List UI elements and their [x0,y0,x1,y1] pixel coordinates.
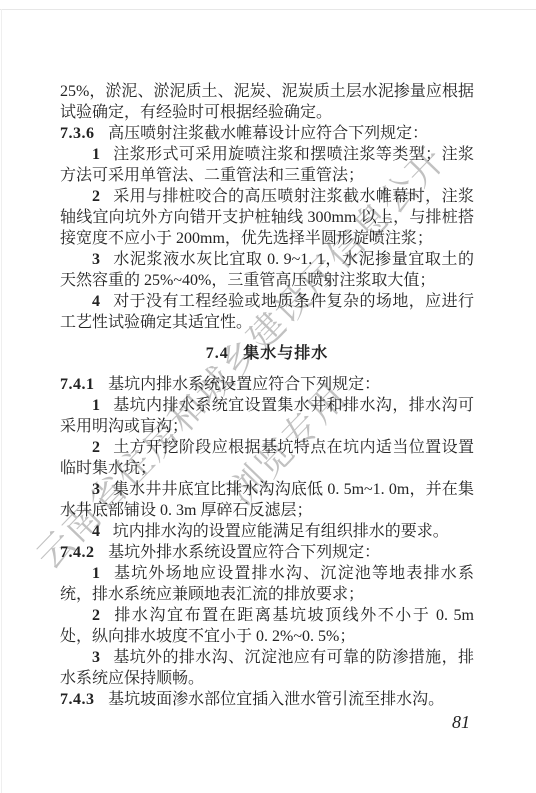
document-page: 云南省住房和城乡建设厅信息公开 浏览专用 25%，淤泥、淤泥质土、泥炭、泥炭质土… [0,0,536,793]
paragraph-continuation: 25%，淤泥、淤泥质土、泥炭、泥炭质土层水泥掺量应根据试验确定，有经验时可根据经… [60,81,474,123]
clause-7-3-6-item-3: 3水泥浆液水灰比宜取 0. 9~1. 1，水泥掺量宜取土的天然容重的 25%~4… [60,249,474,291]
section-heading-title: 集水与排水 [243,345,328,362]
clause-7-4-2-item-3: 3基坑外的排水沟、沉淀池应有可靠的防渗措施，排水系统应保持顺畅。 [60,647,474,689]
clause-text: 基坑坡面渗水部位宜插入泄水管引流至排水沟。 [108,691,444,708]
item-text: 坑内排水沟的设置应能满足有组织排水的要求。 [113,523,449,540]
item-number: 1 [92,146,113,163]
item-text: 土方开挖阶段应根据基坑特点在坑内适当位置设置临时集水坑； [60,439,474,477]
item-text: 对于没有工程经验或地质条件复杂的场地，应进行工艺性试验确定其适宜性。 [60,293,474,331]
section-heading-number: 7.4 [206,345,229,362]
item-text: 采用与排桩咬合的高压喷射注浆截水帷幕时，注浆轴线宜向坑外方向错开支护桩轴线 30… [60,188,474,247]
clause-7-4-2: 7.4.2基坑外排水系统设置应符合下列规定： [60,542,474,563]
item-text: 集水井井底宜比排水沟沟底低 0. 5m~1. 0m，并在集水井底部铺设 0. 3… [60,481,474,519]
clause-number: 7.4.1 [60,376,108,393]
item-text: 排水沟宜布置在距离基坑坡顶线外不小于 0. 5m 处，纵向排水坡度不宜小于 0.… [60,607,474,645]
clause-number: 7.3.6 [60,125,108,142]
item-number: 1 [92,397,113,414]
item-number: 2 [92,188,113,205]
clause-7-3-6-item-2: 2采用与排桩咬合的高压喷射注浆截水帷幕时，注浆轴线宜向坑外方向错开支护桩轴线 3… [60,186,474,249]
clause-number: 7.4.2 [60,544,108,561]
clause-7-4-3: 7.4.3基坑坡面渗水部位宜插入泄水管引流至排水沟。 [60,689,474,710]
clause-7-3-6-item-4: 4对于没有工程经验或地质条件复杂的场地，应进行工艺性试验确定其适宜性。 [60,291,474,333]
item-number: 4 [92,293,113,310]
clause-7-4-1-item-2: 2土方开挖阶段应根据基坑特点在坑内适当位置设置临时集水坑； [60,437,474,479]
item-number: 3 [92,649,113,666]
clause-7-3-6-item-1: 1注浆形式可采用旋喷注浆和摆喷注浆等类型；注浆方法可采用单管法、二重管法和三重管… [60,144,474,186]
item-number: 3 [92,481,113,498]
clause-text: 基坑内排水系统设置应符合下列规定： [108,376,380,393]
clause-7-4-1-item-3: 3集水井井底宜比排水沟沟底低 0. 5m~1. 0m，并在集水井底部铺设 0. … [60,479,474,521]
document-content: 25%，淤泥、淤泥质土、泥炭、泥炭质土层水泥掺量应根据试验确定，有经验时可根据经… [60,81,474,710]
clause-text: 基坑外排水系统设置应符合下列规定： [108,544,380,561]
clause-text: 高压喷射注浆截水帷幕设计应符合下列规定： [108,125,428,142]
clause-7-3-6: 7.3.6高压喷射注浆截水帷幕设计应符合下列规定： [60,123,474,144]
item-text: 注浆形式可采用旋喷注浆和摆喷注浆等类型；注浆方法可采用单管法、二重管法和三重管法… [60,146,474,184]
item-number: 4 [92,523,113,540]
clause-7-4-1-item-4: 4坑内排水沟的设置应能满足有组织排水的要求。 [60,521,474,542]
clause-7-4-1: 7.4.1基坑内排水系统设置应符合下列规定： [60,374,474,395]
clause-number: 7.4.3 [60,691,108,708]
scan-edge-left [1,9,2,793]
item-number: 3 [92,251,113,268]
clause-7-4-2-item-2: 2排水沟宜布置在距离基坑坡顶线外不小于 0. 5m 处，纵向排水坡度不宜小于 0… [60,605,474,647]
item-number: 2 [92,439,113,456]
page-number: 81 [452,712,470,732]
item-number: 2 [92,607,113,624]
clause-7-4-2-item-1: 1基坑外场地应设置排水沟、沉淀池等地表排水系统，排水系统应兼顾地表汇流的排放要求… [60,563,474,605]
scan-edge-top [0,9,536,10]
item-number: 1 [92,565,113,582]
item-text: 基坑内排水系统宜设置集水井和排水沟，排水沟可采用明沟或盲沟； [60,397,474,435]
item-text: 基坑外场地应设置排水沟、沉淀池等地表排水系统，排水系统应兼顾地表汇流的排放要求； [60,565,474,603]
item-text: 水泥浆液水灰比宜取 0. 9~1. 1，水泥掺量宜取土的天然容重的 25%~40… [60,251,474,289]
item-text: 基坑外的排水沟、沉淀池应有可靠的防渗措施，排水系统应保持顺畅。 [60,649,474,687]
clause-7-4-1-item-1: 1基坑内排水系统宜设置集水井和排水沟，排水沟可采用明沟或盲沟； [60,395,474,437]
section-heading: 7.4集水与排水 [60,343,474,364]
